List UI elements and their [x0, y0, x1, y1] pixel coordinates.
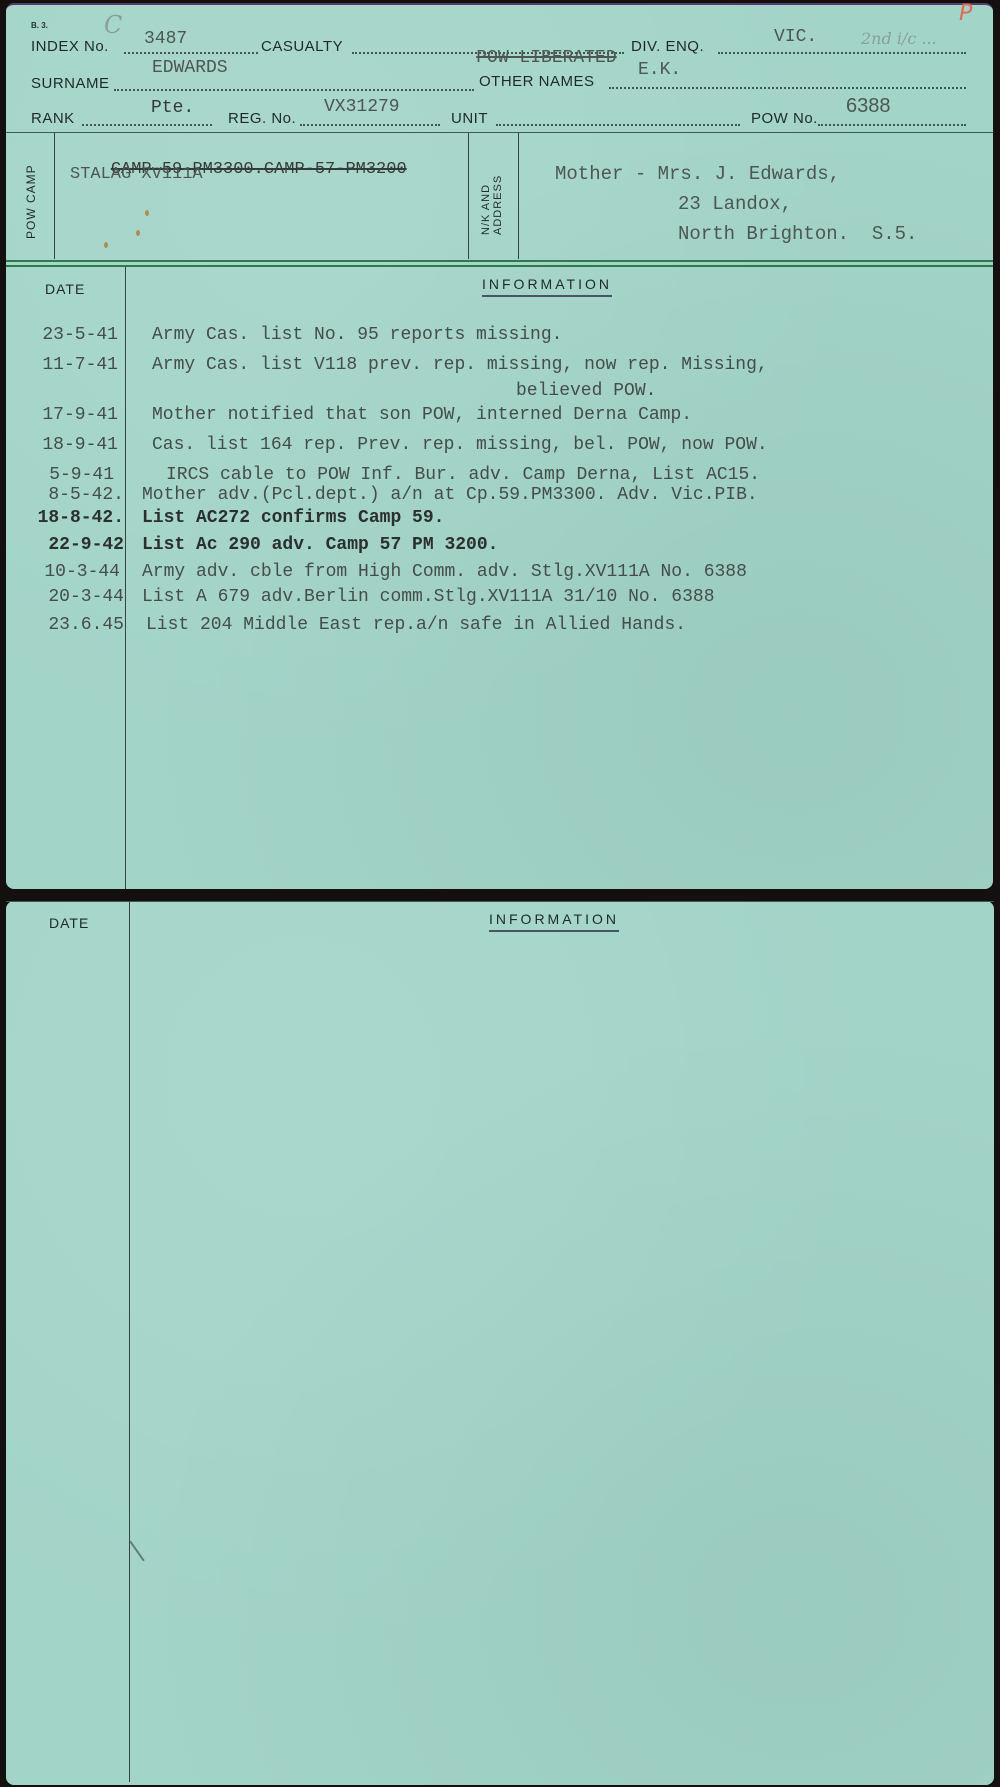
pow-no-label: POW No. — [751, 110, 818, 127]
pencil-tick-mark — [129, 1541, 144, 1562]
entry-date: 5-9-41 — [49, 465, 114, 485]
surname-label: SURNAME — [31, 75, 110, 92]
entry-information: List AC272 confirms Camp 59. — [142, 508, 444, 528]
entry-information: IRCS cable to POW Inf. Bur. adv. Camp De… — [166, 465, 760, 485]
entry-information: List A 679 adv.Berlin comm.Stlg.XV111A 3… — [142, 587, 715, 607]
stain-mark — [136, 230, 140, 236]
reg-no-value: VX31279 — [324, 97, 400, 117]
nok-label-divider — [518, 133, 519, 259]
pow-no-dotted-line — [818, 124, 966, 126]
record-card-front: B. 3. C P INDEX No. 3487 CASUALTY POW-LI… — [6, 3, 993, 889]
pow-no-value: 6388 — [846, 95, 891, 118]
date-heading: DATE — [45, 281, 85, 297]
entry-information: Army Cas. list V118 prev. rep. missing, … — [152, 355, 768, 375]
entry-date: 10-3-44 — [44, 562, 120, 582]
section-divider-double-2 — [6, 265, 993, 267]
entry-information: List Ac 290 adv. Camp 57 PM 3200. — [142, 535, 498, 555]
stain-mark — [104, 242, 108, 248]
entry-information-continued: believed POW. — [516, 381, 656, 401]
date-column-divider — [125, 267, 126, 889]
other-names-label: OTHER NAMES — [479, 73, 595, 90]
index-annotation: C — [104, 11, 122, 39]
section-divider-top — [6, 132, 993, 133]
entry-date: 18-8-42. — [38, 508, 124, 528]
index-value: 3487 — [144, 29, 187, 49]
unit-dotted-line — [496, 124, 740, 126]
nok-line2: 23 Landox, — [678, 193, 792, 215]
nok-line1: Mother - Mrs. J. Edwards, — [555, 163, 840, 185]
entry-information: Army Cas. list No. 95 reports missing. — [152, 325, 562, 345]
index-label: INDEX No. — [31, 38, 109, 55]
stain-mark — [145, 210, 149, 216]
casualty-label: CASUALTY — [261, 38, 343, 55]
entry-date: 23-5-41 — [42, 325, 118, 345]
entry-information: Cas. list 164 rep. Prev. rep. missing, b… — [152, 435, 768, 455]
rank-dotted-line — [82, 124, 212, 126]
section-divider-double-1 — [6, 260, 993, 262]
entry-date: 22-9-42 — [48, 535, 124, 555]
entry-date: 17-9-41 — [42, 405, 118, 425]
entry-information: Mother adv.(Pcl.dept.) a/n at Cp.59.PM33… — [142, 485, 758, 505]
nok-label-line2: ADDRESS — [492, 175, 504, 235]
div-enq-label: DIV. ENQ. — [631, 38, 704, 55]
entry-date: 23.6.45 — [48, 615, 124, 635]
corner-mark: P — [959, 1, 972, 26]
rank-label: RANK — [31, 110, 75, 127]
back-information-heading: INFORMATION — [489, 911, 619, 932]
back-top-rule — [6, 901, 994, 902]
casualty-value-text: POW-LIBERATED — [476, 48, 616, 68]
div-enq-dotted-line — [718, 52, 966, 54]
pow-camp-label-divider — [54, 133, 55, 259]
entry-date: 8-5-42. — [48, 485, 124, 505]
entry-information: List 204 Middle East rep.a/n safe in All… — [146, 615, 686, 635]
nok-line3: North Brighton. S.5. — [678, 223, 917, 245]
entry-date: 11-7-41 — [42, 355, 118, 375]
record-card-back: DATE INFORMATION — [6, 901, 994, 1785]
form-code: B. 3. — [31, 21, 48, 30]
surname-value: EDWARDS — [152, 58, 228, 78]
information-heading: INFORMATION — [482, 276, 612, 297]
pow-camp-struck-2: CAMP-57-PM3200 — [264, 160, 407, 179]
rank-value: Pte. — [151, 98, 194, 118]
back-date-heading: DATE — [49, 915, 89, 931]
back-date-column-divider — [129, 902, 130, 1782]
reg-no-dotted-line — [300, 124, 440, 126]
other-names-dotted-line — [609, 87, 966, 89]
entry-information: Army adv. cble from High Comm. adv. Stlg… — [142, 562, 747, 582]
entry-information: Mother notified that son POW, interned D… — [152, 405, 692, 425]
nok-label-line1: N/K AND — [480, 175, 492, 235]
reg-no-label: REG. No. — [228, 110, 296, 127]
pow-camp-label: POW CAMP — [24, 164, 38, 239]
index-dotted-line — [124, 52, 258, 54]
nok-left-divider — [468, 133, 469, 259]
other-names-value: E.K. — [638, 60, 681, 80]
div-enq-value: VIC. — [774, 27, 817, 47]
surname-dotted-line — [114, 89, 474, 91]
nok-label: N/K AND ADDRESS — [480, 175, 504, 235]
div-enq-pencil-note: 2nd i/c ... — [861, 29, 937, 48]
entry-date: 20-3-44 — [48, 587, 124, 607]
pow-camp-current: STALAG XV111A — [70, 165, 203, 184]
entry-date: 18-9-41 — [42, 435, 118, 455]
unit-label: UNIT — [451, 110, 488, 127]
